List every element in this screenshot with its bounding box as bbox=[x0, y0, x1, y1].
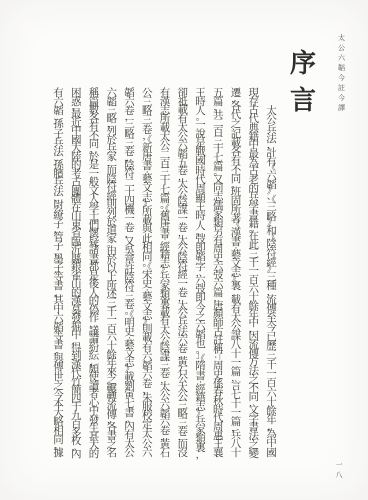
text-column: 有六韜、孫子兵法、孫臏兵法、尉繚子、管子、墨子等書，其中六韜等書，與傳世之今本大… bbox=[52, 88, 65, 457]
page-title: 序言 bbox=[288, 43, 318, 111]
text-column: 太公兵法，計有《六韜》、《三略》和《陰符經》三種，流傳至今已歷三千一百六十餘年，… bbox=[265, 88, 278, 457]
text-column: 有漢志所載太公二百三十七篇。《舊唐書·經籍志》兵家類裏載有太公陰謀三卷，太公六韜… bbox=[159, 88, 172, 457]
text-column: 公三略三卷，《新唐書·藝文志》所載與此相同。《宋史·藝文志》則載有六韜六卷，朱服… bbox=[141, 88, 154, 457]
text-column: 五篇，共二百三十七篇。又同志儒家類另有周史六弢六篇，唐顏師古註稱：「周史係春秋時… bbox=[212, 88, 225, 457]
text-column: 困惑。最近中國大陸的考古團體在山東省臨沂縣銀雀山的漢墓發掘中，得到漢代竹簡四千九… bbox=[70, 88, 83, 457]
text-column: 韜六卷，三略三卷，陰符二十四機一卷，又吳章註陰符三卷。《明史·藝文志》載劉寅七書… bbox=[123, 88, 136, 457]
preface-body-text: 太公兵法，計有《六韜》、《三略》和《陰符經》三種，流傳至今已歷三千一百六十餘年，… bbox=[52, 88, 278, 457]
text-column: 稱篇數各有不同。於是一般文人學士們懷疑諸書都是後人的偽作，議論紛紜，頗使讀者心中… bbox=[88, 88, 101, 457]
running-head-book-title: 太公六韜今註今譯 bbox=[336, 33, 347, 86]
page-number: 一八 bbox=[334, 460, 344, 478]
text-column: 遷，各代之記載各有不同。班固所著《漢書·藝文志》裏，載有太公謀八十一篇，言七十一… bbox=[230, 88, 243, 457]
text-column: 現存古代典籍中最為古老的兵學書籍。在此三千一百六十餘年中，因流傳方法之不同，文字… bbox=[247, 88, 260, 457]
text-column: 六韜三略，列於兵家，而陰符經則列於道家。由於以上所述三千一百六十餘年來之輾轉流傳… bbox=[105, 88, 118, 457]
text-column: 卻祗載有太公六韜五卷，太公陰謀一卷，太公陰符經一卷，太公兵法六卷，黃石公太公三略… bbox=[176, 88, 189, 457]
book-page: 太公六韜今註今譯 序言 太公兵法，計有《六韜》、《三略》和《陰符經》三種，流傳至… bbox=[0, 0, 368, 500]
text-column: 王時人。一說是戰國時代周顯王時人。弢即韜字，六弢即今之六韜也。」《隋書·經籍志》… bbox=[194, 88, 207, 457]
